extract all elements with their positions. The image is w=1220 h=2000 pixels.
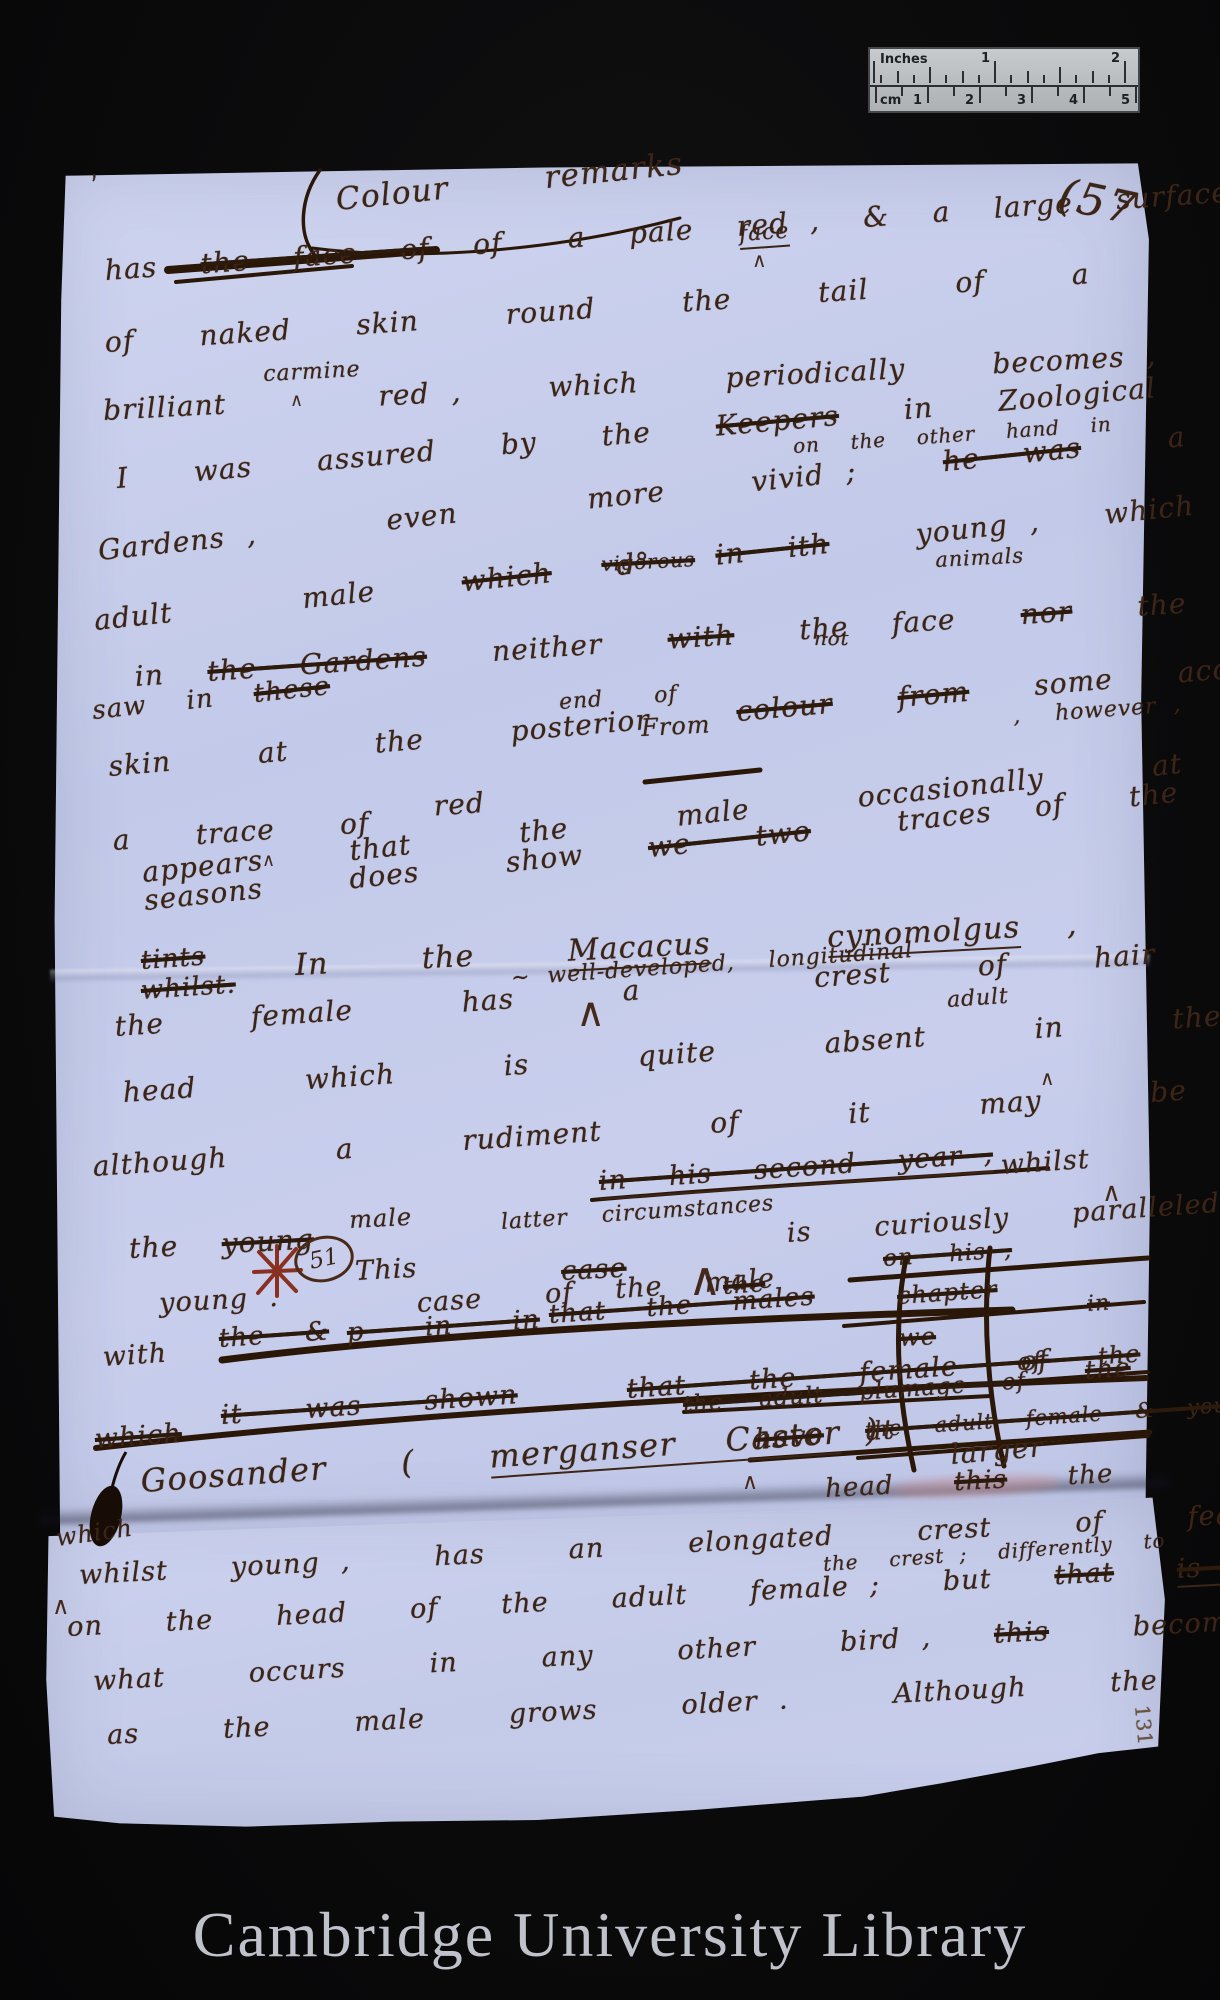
struck-text: the & <box>218 1316 330 1354</box>
struck-text: these <box>252 671 331 709</box>
manuscript-text: the naked <box>1071 577 1220 627</box>
handwriting-line: on his , <box>882 1237 1013 1272</box>
ruler-tick <box>979 85 981 103</box>
manuscript-text: becomes shorter <box>1048 1595 1220 1647</box>
struck-text: in ith <box>714 527 831 572</box>
ruler-tick <box>1124 61 1126 83</box>
handwriting-line: Colour remarks <box>334 146 685 218</box>
manuscript-text: the <box>128 1227 222 1265</box>
manuscript-text: which <box>54 1514 135 1552</box>
struck-text: have <box>754 1419 825 1455</box>
manuscript-text: ∧ <box>742 1470 759 1495</box>
manuscript-text: the <box>1006 1459 1114 1495</box>
ruler-number: 2 <box>965 93 974 108</box>
ruler-tick <box>945 75 947 83</box>
handwriting-line: the young <box>128 1222 315 1265</box>
handwriting-layer: ’Colour remarks(57face∧has the face of o… <box>0 0 1220 2000</box>
scan-canvas: ’Colour remarks(57face∧has the face of o… <box>0 0 1220 2000</box>
ruler-tick <box>913 75 915 83</box>
manuscript-text <box>1113 1554 1178 1588</box>
manuscript-text: latter circumstances <box>500 1191 775 1235</box>
ruler-tick <box>929 67 931 83</box>
handwriting-line: tints <box>140 942 206 976</box>
manuscript-text: ’ <box>87 169 108 200</box>
manuscript-text: whilst <box>1000 1144 1091 1181</box>
struck-text: this <box>993 1616 1050 1650</box>
ruler-tick <box>1027 71 1029 83</box>
struck-text: is unlike <box>1176 1546 1220 1588</box>
ruler-number: 2 <box>1111 51 1120 66</box>
handwriting-line: ’ <box>87 169 108 200</box>
manuscript-text: neither <box>426 623 669 673</box>
ruler-number: 5 <box>1121 93 1130 108</box>
ruler-tick <box>953 85 955 96</box>
manuscript-text: head <box>824 1467 955 1504</box>
manuscript-text: ∧ <box>752 248 767 272</box>
handwriting-line: it was shown <box>220 1379 519 1431</box>
struck-text: from <box>896 675 970 714</box>
handwriting-line: adult <box>946 984 1009 1013</box>
ruler-number: 3 <box>1017 93 1026 108</box>
manuscript-text: young . <box>158 1282 279 1319</box>
struck-text: we <box>899 1322 937 1352</box>
ruler-tick <box>978 75 980 83</box>
manuscript-text: adult <box>946 984 1009 1013</box>
struck-text: with <box>666 618 735 656</box>
ruler-tick <box>1135 85 1137 103</box>
handwriting-line: p in in <box>346 1305 541 1348</box>
manuscript-text: Goosander ( <box>139 1438 490 1500</box>
handwriting-line: head this the <box>824 1459 1114 1504</box>
ruler-tick <box>1109 85 1111 96</box>
struck-text: chapter <box>896 1275 998 1310</box>
struck-text: p in in <box>346 1305 541 1348</box>
manuscript-text: ∧ <box>576 990 607 1036</box>
struck-text: in <box>1086 1290 1111 1317</box>
handwriting-line: chapter <box>896 1275 998 1310</box>
library-watermark: Cambridge University Library <box>0 1898 1220 1972</box>
struck-text: which <box>94 1418 183 1455</box>
handwriting-line: the <box>1084 1353 1132 1386</box>
ruler-tick <box>1059 67 1061 83</box>
ruler-inches-label: Inches <box>880 52 928 67</box>
ruler-tick <box>875 85 877 103</box>
manuscript-text: 131 <box>1130 1704 1157 1747</box>
ruler-tick <box>1083 85 1085 103</box>
handwriting-line: ∧ <box>742 1470 759 1495</box>
handwriting-line: which <box>54 1514 135 1552</box>
manuscript-text: adult male <box>93 566 464 637</box>
ruler-tick <box>901 85 903 96</box>
struck-text: colour <box>735 687 834 728</box>
ruler-tick <box>880 75 882 83</box>
ruler-tick <box>962 71 964 83</box>
struck-text: that <box>1054 1557 1115 1591</box>
manuscript-text: some accounts , it <box>968 634 1220 707</box>
struck-text: the <box>1084 1353 1132 1386</box>
struck-text: whilst. <box>140 969 237 1006</box>
handwriting-line: latter circumstances <box>500 1191 775 1235</box>
ruler-tick <box>927 85 929 103</box>
ruler-number: 1 <box>913 93 922 108</box>
manuscript-text: the face <box>733 598 1022 651</box>
manuscript-text: animals <box>935 543 1025 572</box>
ruler-tick <box>873 61 875 83</box>
struck-text: it was shown <box>220 1379 519 1431</box>
handwriting-line: male <box>349 1203 413 1234</box>
handwriting-line: whilst <box>1000 1144 1091 1181</box>
manuscript-text <box>831 681 899 720</box>
ruler-divider <box>870 85 1138 87</box>
ruler-tick <box>1031 85 1033 103</box>
ruler-tick <box>1005 85 1007 96</box>
manuscript-text: red <box>433 786 486 822</box>
ruler-tick <box>1075 75 1077 83</box>
handwriting-line: ∧ <box>576 990 607 1036</box>
manuscript-text: d° <box>550 539 717 589</box>
ruler-tick <box>994 61 996 83</box>
ruler-cm-label: cm <box>880 93 901 108</box>
struck-text: tints <box>140 942 206 976</box>
ruler-number: 1 <box>981 51 990 66</box>
ruler-tick <box>1043 75 1045 83</box>
struck-text: the face of <box>199 231 430 280</box>
manuscript-text: has <box>104 247 202 287</box>
ruler-number: 4 <box>1069 93 1078 108</box>
handwriting-line: animals <box>935 543 1025 572</box>
ruler-tick <box>897 71 899 83</box>
manuscript-text: Colour remarks <box>334 146 685 218</box>
handwriting-line: ∧ <box>752 248 767 272</box>
manuscript-text: male <box>349 1203 413 1234</box>
struck-text: this <box>953 1465 1008 1498</box>
struck-text: which <box>460 556 553 598</box>
struck-text: on his , <box>882 1237 1013 1272</box>
handwriting-line: with <box>102 1338 168 1373</box>
manuscript-text: , <box>1019 907 1078 945</box>
handwriting-line: we <box>899 1322 937 1352</box>
ruler-tick <box>1010 75 1012 83</box>
handwriting-line: young . <box>158 1282 279 1319</box>
manuscript-text: with <box>102 1338 168 1373</box>
scale-ruler: Inches cm 1212345 <box>868 47 1140 113</box>
ruler-tick <box>1057 85 1059 96</box>
handwriting-line: whilst. <box>140 969 237 1006</box>
handwriting-line: which <box>94 1418 183 1455</box>
handwriting-line: This <box>354 1253 418 1287</box>
struck-text: in his second year , <box>598 1139 994 1200</box>
handwriting-line: in his second year , <box>598 1139 994 1197</box>
ruler-tick <box>1108 75 1110 83</box>
manuscript-text: This <box>354 1253 418 1287</box>
handwriting-line: 131 <box>1130 1704 1157 1747</box>
manuscript-text: at <box>823 1414 896 1450</box>
struck-text: nor <box>1020 595 1074 632</box>
ruler-tick <box>1092 71 1094 83</box>
handwriting-line: the & <box>218 1316 330 1354</box>
handwriting-line: in <box>1086 1290 1111 1317</box>
